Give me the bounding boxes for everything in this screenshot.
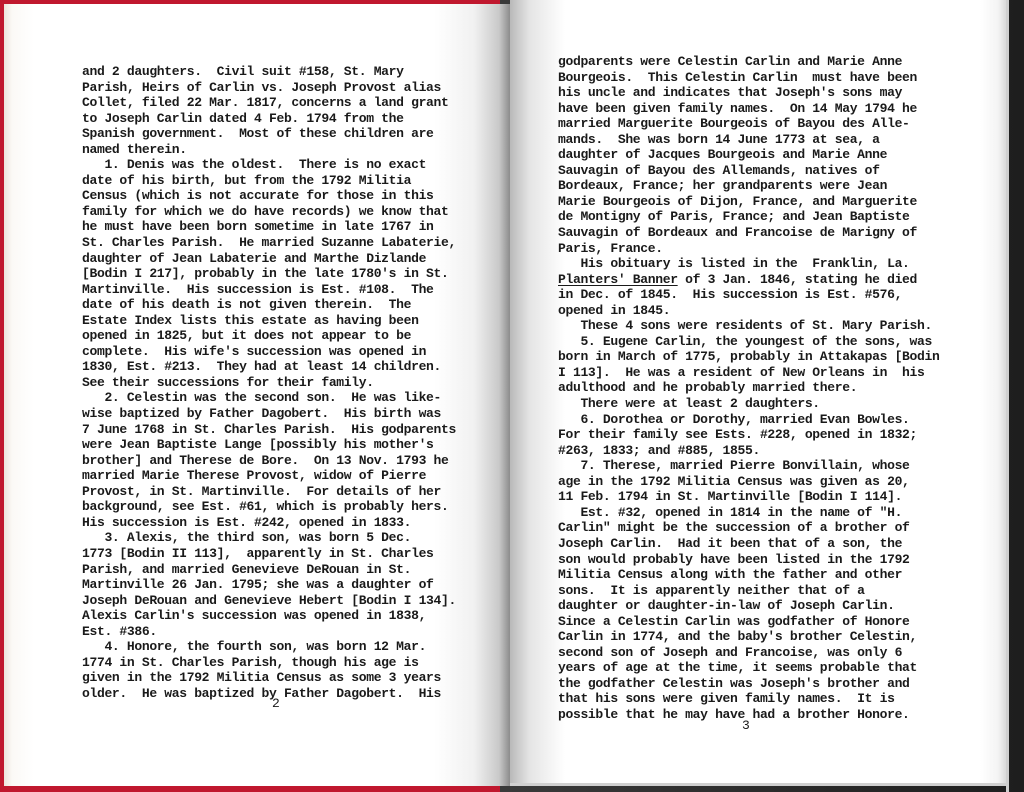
text-line: de Montigny of Paris, France; and Jean B…	[558, 209, 939, 225]
text-line: Alexis Carlin's succession was opened in…	[82, 608, 456, 624]
text-line: Carlin in 1774, and the baby's brother C…	[558, 629, 939, 645]
text-line: There were at least 2 daughters.	[558, 396, 939, 412]
text-line: have been given family names. On 14 May …	[558, 101, 939, 117]
text-line: 3. Alexis, the third son, was born 5 Dec…	[82, 530, 456, 546]
text-line: 5. Eugene Carlin, the youngest of the so…	[558, 334, 939, 350]
text-line: Sauvagin of Bordeaux and Francoise de Ma…	[558, 225, 939, 241]
text-line: 7. Therese, married Pierre Bonvillain, w…	[558, 458, 939, 474]
text-line: he must have been born sometime in late …	[82, 219, 456, 235]
text-line: For their family see Ests. #228, opened …	[558, 427, 939, 443]
text-line: married Marguerite Bourgeois of Bayou de…	[558, 116, 939, 132]
text-line: date of his birth, but from the 1792 Mil…	[82, 173, 456, 189]
text-line: that his sons were given family names. I…	[558, 691, 939, 707]
text-line: in Dec. of 1845. His succession is Est. …	[558, 287, 939, 303]
text-line: Estate Index lists this estate as having…	[82, 313, 456, 329]
text-line: Parish, Heirs of Carlin vs. Joseph Provo…	[82, 80, 456, 96]
page-number: 2	[272, 696, 280, 711]
text-line: complete. His wife's succession was open…	[82, 344, 456, 360]
underlined-title: Planters' Banner	[558, 272, 678, 287]
text-line: 1830, Est. #213. They had at least 14 ch…	[82, 359, 456, 375]
text-line: son would probably have been listed in t…	[558, 552, 939, 568]
text-line: Martinville 26 Jan. 1795; she was a daug…	[82, 577, 456, 593]
text-line: These 4 sons were residents of St. Mary …	[558, 318, 939, 334]
text-line: His obituary is listed in the Franklin, …	[558, 256, 939, 272]
right-page-body: godparents were Celestin Carlin and Mari…	[558, 54, 939, 723]
page-number: 3	[742, 718, 750, 733]
text-line: daughter or daughter-in-law of Joseph Ca…	[558, 598, 939, 614]
text-line: Marie Bourgeois of Dijon, France, and Ma…	[558, 194, 939, 210]
text-line: Joseph Carlin. Had it been that of a son…	[558, 536, 939, 552]
text-line: daughter of Jean Labaterie and Marthe Di…	[82, 251, 456, 267]
text-line: I 113]. He was a resident of New Orleans…	[558, 365, 939, 381]
text-line: opened in 1825, but it does not appear t…	[82, 328, 456, 344]
text-line: [Bodin I 217], probably in the late 1780…	[82, 266, 456, 282]
left-page-body: and 2 daughters. Civil suit #158, St. Ma…	[82, 64, 456, 701]
text-line: adulthood and he probably married there.	[558, 380, 939, 396]
text-line: #263, 1833; and #885, 1855.	[558, 443, 939, 459]
text-line: given in the 1792 Militia Census as some…	[82, 670, 456, 686]
text-line: St. Charles Parish. He married Suzanne L…	[82, 235, 456, 251]
text-line: born in March of 1775, probably in Attak…	[558, 349, 939, 365]
text-line: to Joseph Carlin dated 4 Feb. 1794 from …	[82, 111, 456, 127]
text-line: older. He was baptized by Father Dagober…	[82, 686, 456, 702]
text-line: the godfather Celestin was Joseph's brot…	[558, 676, 939, 692]
text-line: second son of Joseph and Francoise, was …	[558, 645, 939, 661]
text-line: 1773 [Bodin II 113], apparently in St. C…	[82, 546, 456, 562]
text-line: Since a Celestin Carlin was godfather of…	[558, 614, 939, 630]
text-line: and 2 daughters. Civil suit #158, St. Ma…	[82, 64, 456, 80]
text-line: Sauvagin of Bayou des Allemands, natives…	[558, 163, 939, 179]
text-line: sons. It is apparently neither that of a	[558, 583, 939, 599]
page-edge	[1006, 0, 1009, 792]
text-line: date of his death is not given therein. …	[82, 297, 456, 313]
text-line: Provost, in St. Martinville. For details…	[82, 484, 456, 500]
text-line: 1. Denis was the oldest. There is no exa…	[82, 157, 456, 173]
text-line: mands. She was born 14 June 1773 at sea,…	[558, 132, 939, 148]
text-line: Parish, and married Genevieve DeRouan in…	[82, 562, 456, 578]
text-line: Paris, France.	[558, 241, 939, 257]
text-line: Militia Census along with the father and…	[558, 567, 939, 583]
text-line: Bordeaux, France; her grandparents were …	[558, 178, 939, 194]
text-line: Martinville. His succession is Est. #108…	[82, 282, 456, 298]
text-line: Planters' Banner of 3 Jan. 1846, stating…	[558, 272, 939, 288]
text-line: Collet, filed 22 Mar. 1817, concerns a l…	[82, 95, 456, 111]
text-line: See their successions for their family.	[82, 375, 456, 391]
text-line: godparents were Celestin Carlin and Mari…	[558, 54, 939, 70]
text-line: age in the 1792 Militia Census was given…	[558, 474, 939, 490]
text-line: Spanish government. Most of these childr…	[82, 126, 456, 142]
text-line: daughter of Jacques Bourgeois and Marie …	[558, 147, 939, 163]
text-line: Bourgeois. This Celestin Carlin must hav…	[558, 70, 939, 86]
text-line: Est. #32, opened in 1814 in the name of …	[558, 505, 939, 521]
text-line: brother] and Therese de Bore. On 13 Nov.…	[82, 453, 456, 469]
text-line: 7 June 1768 in St. Charles Parish. His g…	[82, 422, 456, 438]
text-line: named therein.	[82, 142, 456, 158]
text-line: Census (which is not accurate for those …	[82, 188, 456, 204]
text-line: married Marie Therese Provost, widow of …	[82, 468, 456, 484]
right-page: godparents were Celestin Carlin and Mari…	[510, 0, 1006, 786]
text-line: 6. Dorothea or Dorothy, married Evan Bow…	[558, 412, 939, 428]
text-line: 11 Feb. 1794 in St. Martinville [Bodin I…	[558, 489, 939, 505]
text-line: were Jean Baptiste Lange [possibly his m…	[82, 437, 456, 453]
text-line: background, see Est. #61, which is proba…	[82, 499, 456, 515]
text-line: 2. Celestin was the second son. He was l…	[82, 390, 456, 406]
text-line: wise baptized by Father Dagobert. His bi…	[82, 406, 456, 422]
left-page: and 2 daughters. Civil suit #158, St. Ma…	[4, 4, 510, 786]
text-line: Carlin" might be the succession of a bro…	[558, 520, 939, 536]
text-line: Joseph DeRouan and Genevieve Hebert [Bod…	[82, 593, 456, 609]
text-line: 1774 in St. Charles Parish, though his a…	[82, 655, 456, 671]
text-line: Est. #386.	[82, 624, 456, 640]
text-line: opened in 1845.	[558, 303, 939, 319]
text-line: years of age at the time, it seems proba…	[558, 660, 939, 676]
text-line: His succession is Est. #242, opened in 1…	[82, 515, 456, 531]
text-line: his uncle and indicates that Joseph's so…	[558, 85, 939, 101]
text-line: family for which we do have records) we …	[82, 204, 456, 220]
text-line: 4. Honore, the fourth son, was born 12 M…	[82, 639, 456, 655]
